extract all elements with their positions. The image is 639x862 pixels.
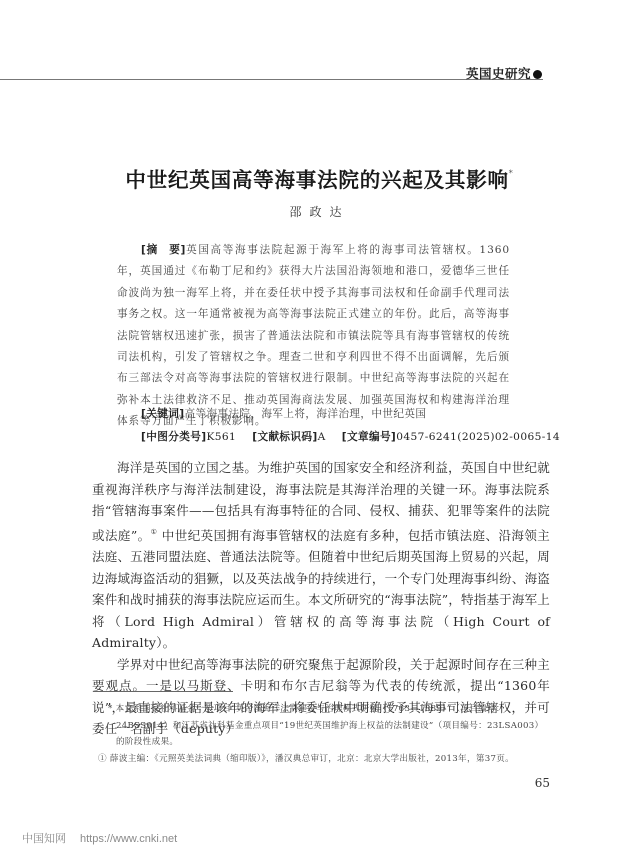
doc-code-value: A xyxy=(318,431,326,443)
keywords-label: [关键词] xyxy=(141,408,184,420)
footnote-divider xyxy=(93,691,233,692)
title-footnote-mark: * xyxy=(509,169,514,178)
body-paragraph: 海洋是英国的立国之基。为维护英国的国家安全和经济利益，英国自中世纪就重视海洋秩序… xyxy=(92,457,550,654)
article-no-label: [文章编号] xyxy=(342,431,396,443)
footnote-1: ① 薛波主编：《元照英美法词典（缩印版）》，潘汉典总审订，北京：北京大学出版社，… xyxy=(98,751,548,768)
watermark-brand: 中国知网 xyxy=(22,833,66,845)
bullet-dot-icon xyxy=(533,70,542,79)
article-title-text: 中世纪英国高等海事法院的兴起及其影响 xyxy=(125,168,508,192)
classification-line: [中图分类号]K561[文献标识码]A[文章编号]0457-6241(2025)… xyxy=(141,429,560,444)
clc-value: K561 xyxy=(206,431,236,443)
cnki-watermark: 中国知网https://www.cnki.net xyxy=(22,830,177,846)
abstract: [摘 要]英国高等海事法院起源于海军上将的海事司法管辖权。1360年，英国通过《… xyxy=(117,240,510,433)
journal-section-label: 英国史研究 xyxy=(466,66,531,81)
footnote-funding: * 本文系国家社科基金一般项目“英帝国海洋法制建设与治理模式研究（1763—18… xyxy=(108,701,548,751)
clc-label: [中图分类号] xyxy=(141,431,206,443)
article-title: 中世纪英国高等海事法院的兴起及其影响* xyxy=(0,163,639,193)
abstract-label: [摘 要] xyxy=(141,244,185,256)
doc-code-label: [文献标识码] xyxy=(252,431,317,443)
article-no-value: 0457-6241(2025)02-0065-14 xyxy=(396,431,560,443)
keywords-text: 高等海事法院，海军上将，海洋治理，中世纪英国 xyxy=(184,408,426,420)
running-head: 英国史研究 xyxy=(466,64,542,82)
running-head-rule xyxy=(0,79,543,80)
article-author: 邵政达 xyxy=(0,203,639,220)
footnotes: * 本文系国家社科基金一般项目“英帝国海洋法制建设与治理模式研究（1763—18… xyxy=(108,701,548,767)
watermark-url: https://www.cnki.net xyxy=(80,833,177,845)
page-number: 65 xyxy=(535,776,550,790)
keywords: [关键词]高等海事法院，海军上将，海洋治理，中世纪英国 xyxy=(141,406,426,421)
abstract-text: 英国高等海事法院起源于海军上将的海事司法管辖权。1360年，英国通过《布勒丁尼和… xyxy=(117,244,510,427)
body-text: 海洋是英国的立国之基。为维护英国的国家安全和经济利益，英国自中世纪就重视海洋秩序… xyxy=(92,457,550,740)
